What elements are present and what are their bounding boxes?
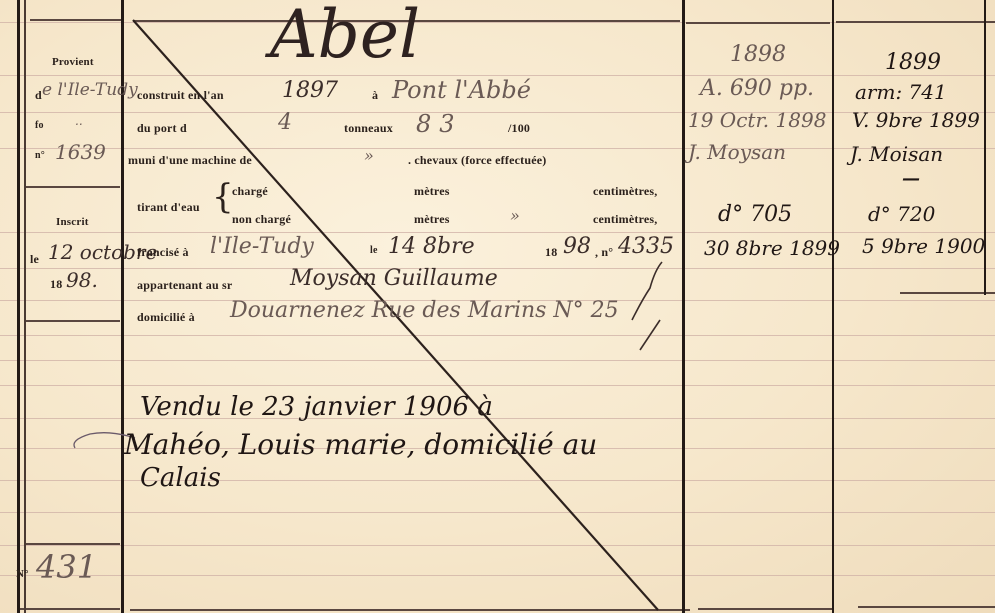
draft-loaded-cm-label: centimètres, xyxy=(593,184,657,199)
tonnage-suffix: /100 xyxy=(508,121,530,136)
col1899-line5: 5 9bre 1900 xyxy=(862,234,985,258)
col1898-line2: 19 Octr. 1898 xyxy=(688,108,826,132)
year-prefix: 18 xyxy=(50,277,62,292)
draft-loaded-metres-label: mètres xyxy=(414,184,450,199)
francise-label: francisé à xyxy=(137,245,189,260)
folio-value: .. xyxy=(75,114,83,128)
col1899-dash: — xyxy=(902,168,920,189)
owner-value: Moysan Guillaume xyxy=(290,266,498,291)
ledger-page: Provient d e l'Ile-Tudy fo .. n° 1639 In… xyxy=(0,0,995,613)
built-at-place: Pont l'Abbé xyxy=(392,76,531,104)
domicile-label: domicilié à xyxy=(137,310,195,325)
col1898-line5: 30 8bre 1899 xyxy=(704,236,840,260)
inscrit-label: Inscrit xyxy=(56,216,89,228)
sale-note-line-2: Mahéo, Louis marie, domicilié au xyxy=(124,428,597,461)
col1898-line3: J. Moysan xyxy=(688,140,786,164)
sale-note-line-3: Calais xyxy=(140,463,221,493)
sale-note-line-1: Vendu le 23 janvier 1906 à xyxy=(140,392,493,422)
entry-number-prefix: N° xyxy=(16,568,29,580)
inscrit-year: 98. xyxy=(66,268,98,292)
ship-name: Abel xyxy=(270,0,420,73)
de-prefix: d xyxy=(35,88,42,103)
francise-le-prefix: le xyxy=(370,245,378,256)
col1899-line3: J. Moisan xyxy=(850,142,943,166)
francise-date: 14 8bre xyxy=(388,234,475,259)
col1899-line1: arm: 741 xyxy=(855,80,947,104)
francise-number: 4335 xyxy=(618,234,674,259)
folio-prefix: fo xyxy=(35,120,44,131)
col1898-line1: A. 690 pp. xyxy=(700,76,814,101)
draft-unloaded-label: non chargé xyxy=(232,212,291,227)
engine-label: muni d'une machine de xyxy=(128,153,252,168)
francise-year: 98 xyxy=(563,234,591,259)
built-year: 1897 xyxy=(282,78,338,103)
built-at-prefix: à xyxy=(372,88,378,103)
francise-number-prefix: , n° xyxy=(595,245,613,260)
le-prefix: le xyxy=(30,252,39,267)
col1898-line4: d° 705 xyxy=(718,202,792,227)
port-label: du port d xyxy=(137,121,187,136)
provient-label: Provient xyxy=(52,56,94,68)
draft-unloaded-cm-value: » xyxy=(510,206,520,225)
draft-loaded-label: chargé xyxy=(232,184,268,199)
domicile-value: Douarnenez Rue des Marins N° 25 xyxy=(230,298,619,323)
origin-port-value: e l'Ile-Tudy xyxy=(42,80,138,100)
draft-brace: { xyxy=(212,180,234,214)
built-label: construit en l'an xyxy=(137,88,224,103)
francise-place: l'Ile-Tudy xyxy=(210,234,314,259)
col1899-line2: V. 9bre 1899 xyxy=(852,108,980,132)
col1899-line4: d° 720 xyxy=(868,202,935,226)
draft-unloaded-cm-label: centimètres, xyxy=(593,212,657,227)
entry-number-value: 431 xyxy=(36,548,97,586)
col1899-year: 1899 xyxy=(885,50,941,75)
francise-year-prefix: 18 xyxy=(545,245,557,260)
draft-label: tirant d'eau xyxy=(137,200,200,215)
tonnage-value: 83 xyxy=(416,110,463,138)
tonnage-label: tonneaux xyxy=(344,121,393,136)
owner-label: appartenant au sr xyxy=(137,278,232,293)
draft-unloaded-metres-label: mètres xyxy=(414,212,450,227)
origin-number-value: 1639 xyxy=(55,140,106,164)
engine-value: » xyxy=(364,146,374,165)
engine-suffix: . chevaux (force effectuée) xyxy=(408,153,546,168)
port-value: 4 xyxy=(278,110,292,135)
col1898-year: 1898 xyxy=(730,42,786,67)
number-prefix: n° xyxy=(35,150,45,161)
